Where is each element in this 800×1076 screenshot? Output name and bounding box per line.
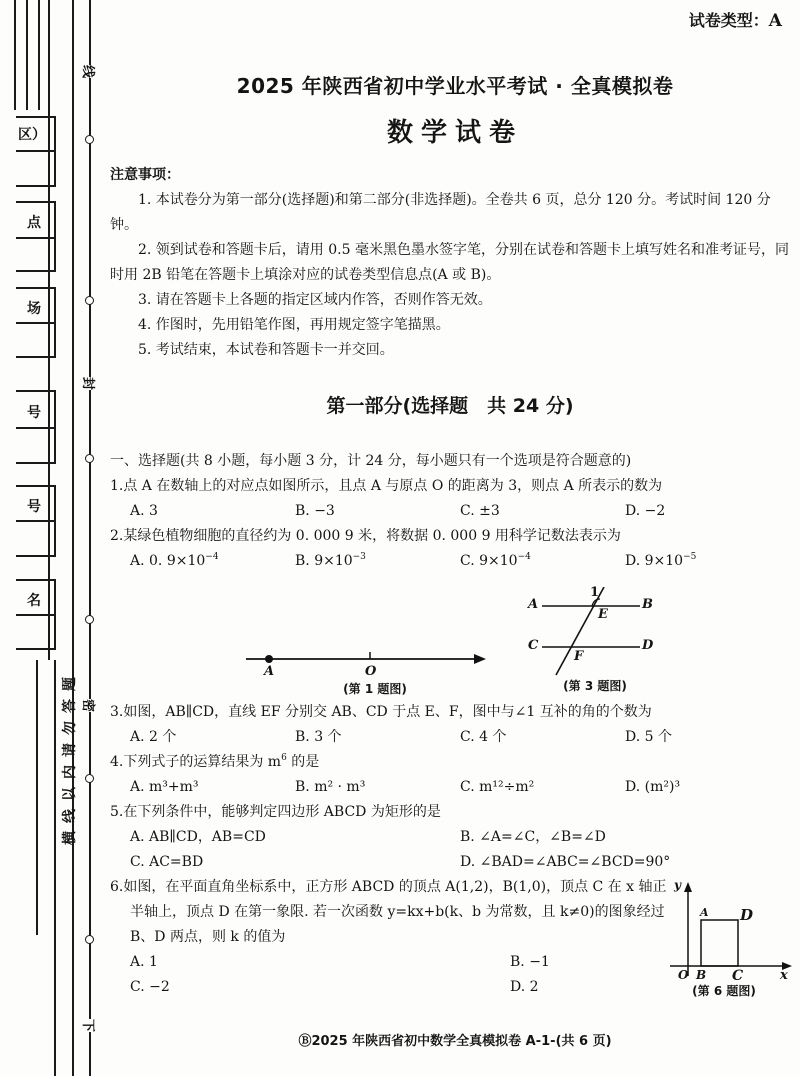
option-d[interactable]: D. 9×10−5 [625,549,790,574]
figure-q1-number-line: A O (第 1 题图) [240,640,490,698]
option-d[interactable]: D. 5 个 [625,725,790,750]
option-b[interactable]: B. −3 [295,499,460,524]
seal-char-below: 下 [78,1019,101,1032]
question-number: 2. [110,528,123,544]
options-q5-row1: A. AB∥CD，AB=CD B. ∠A=∠C，∠B=∠D [110,825,790,850]
warning-char: 线 [62,809,78,823]
subject-title: 数学试卷 [0,112,800,149]
angle-label-1: 1 [590,585,599,600]
coordinate-square-icon [666,880,796,980]
point-label-a: A [528,597,538,612]
question-number: 3. [110,704,123,720]
box-edge [16,322,56,324]
seal-circle [85,296,94,305]
figure-caption: (第 3 题图) [530,677,660,694]
margin-warning-text: 题 答 勿 请 内 以 线 横 [60,676,80,846]
axis-label-y: y [674,878,681,892]
paper-type-label: 试卷类型： [689,11,769,30]
option-c[interactable]: C. AC=BD [130,850,460,875]
margin-line [48,0,50,660]
note-item: 3. 请在答题卡上各题的指定区域内作答，否则作答无效。 [110,288,790,313]
margin-line [72,890,74,1076]
box-edge [16,390,56,392]
exponent: −4 [518,552,531,562]
option-a[interactable]: A. 2 个 [130,725,295,750]
box-edge [54,287,56,358]
warning-char: 内 [62,765,78,779]
option-d[interactable]: D. 2 [510,975,690,1000]
origin-label-o: O [678,968,688,982]
option-c[interactable]: C. 4 个 [460,725,625,750]
box-edge [16,287,56,289]
page-footer: Ⓑ2025 年陕西省初中数学全真模拟卷 A-1-(共 6 页) [110,1030,800,1049]
paper-type-value: A [769,11,782,31]
point-label-f: F [574,649,583,664]
seal-circle [85,935,94,944]
warning-char: 以 [62,787,78,801]
question-6: 6.如图，在平面直角坐标系中，正方形 ABCD 的顶点 A(1,2)，B(1,0… [110,875,670,950]
option-a[interactable]: A. 3 [130,499,295,524]
note-item: 4. 作图时，先用铅笔作图，再用规定签字笔描黑。 [110,313,790,338]
seal-char-seal: 封 [78,377,101,390]
box-edge [16,579,56,581]
option-text: A. 0. 9×10 [130,553,205,569]
question-2: 2.某绿色植物细胞的直径约为 0. 000 9 米，将数据 0. 000 9 用… [110,524,790,549]
box-edge [16,614,56,616]
warning-char: 答 [62,699,78,713]
option-b[interactable]: B. −1 [510,950,690,975]
box-label-exam-number: 号 [27,496,41,516]
option-a[interactable]: A. m³+m³ [130,775,295,800]
option-d[interactable]: D. ∠BAD=∠ABC=∠BCD=90° [460,850,790,875]
option-a[interactable]: A. AB∥CD，AB=CD [130,825,460,850]
exam-title: 2025 年陕西省初中学业水平考试 · 全真模拟卷 [0,70,800,99]
option-c[interactable]: C. 9×10−4 [460,549,625,574]
question-stem-suffix: 的是 [287,754,319,770]
question-3: 3.如图，AB∥CD，直线 EF 分别交 AB、CD 于点 E、F，图中与∠1 … [110,700,790,725]
question-1: 1.点 A 在数轴上的对应点如图所示，且点 A 与原点 O 的距离为 3，则点 … [110,474,790,499]
options-q1: A. 3 B. −3 C. ±3 D. −2 [110,499,790,524]
option-b[interactable]: B. ∠A=∠C，∠B=∠D [460,825,790,850]
warning-char: 横 [62,831,78,845]
box-edge [16,201,56,203]
option-c[interactable]: C. −2 [130,975,510,1000]
point-label-a: A [700,906,709,919]
point-label-b: B [642,597,653,612]
point-label-b: B [696,968,706,982]
box-edge [16,185,56,187]
option-d[interactable]: D. −2 [625,499,790,524]
option-a[interactable]: A. 1 [130,950,510,975]
note-item: 5. 考试结束，本试卷和答题卡一并交回。 [110,338,790,363]
questions-1-2: 一、选择题(共 8 小题，每小题 3 分，计 24 分，每小题只有一个选项是符合… [110,449,790,574]
box-edge [54,390,56,464]
box-edge [16,462,56,464]
section-heading: 一、选择题(共 8 小题，每小题 3 分，计 24 分，每小题只有一个选项是符合… [110,449,790,474]
question-number: 1. [110,478,123,494]
box-edge [16,237,56,239]
exponent: −3 [353,552,366,562]
options-q2: A. 0. 9×10−4 B. 9×10−3 C. 9×10−4 D. 9×10… [110,549,790,574]
warning-char: 题 [62,677,78,691]
question-number: 5. [110,804,123,820]
question-number: 4. [110,754,123,770]
options-q5-row2: C. AC=BD D. ∠BAD=∠ABC=∠BCD=90° [110,850,790,875]
point-label-o: O [365,664,376,679]
options-q3: A. 2 个 B. 3 个 C. 4 个 D. 5 个 [110,725,790,750]
point-label-a: A [264,664,274,679]
option-a[interactable]: A. 0. 9×10−4 [130,549,295,574]
note-item: 1. 本试卷分为第一部分(选择题)和第二部分(非选择题)。全卷共 6 页，总分 … [110,188,790,238]
margin-line [36,660,38,935]
option-b[interactable]: B. 9×10−3 [295,549,460,574]
option-text: B. 9×10 [295,553,353,569]
box-edge [54,485,56,557]
figure-q3-parallel-lines: 1 A B E C D F (第 3 题图) [520,587,670,695]
seal-circle [85,454,94,463]
box-edge [16,356,56,358]
option-text: C. 9×10 [460,553,518,569]
box-label-name: 名 [27,590,41,610]
binding-margin: 区） 点 场 号 号 名 线 封 密 下 题 答 勿 请 内 以 线 横 [0,0,110,1076]
box-label-exam-site: 点 [27,212,41,232]
point-label-d: D [740,906,753,924]
figure-caption: (第 1 题图) [310,680,440,697]
box-edge [16,270,56,272]
box-edge [16,555,56,557]
box-edge [54,201,56,272]
seal-char-secret: 密 [78,699,101,712]
axis-label-x: x [780,968,788,983]
box-edge [16,427,56,429]
box-edge [16,648,56,650]
notes-heading: 注意事项： [110,163,790,188]
point-label-d: D [642,638,653,653]
option-c[interactable]: C. ±3 [460,499,625,524]
part-title: 第一部分(选择题 共 24 分) [110,394,790,419]
warning-char: 请 [62,743,78,757]
option-b[interactable]: B. 3 个 [295,725,460,750]
question-stem: 点 A 在数轴上的对应点如图所示，且点 A 与原点 O 的距离为 3，则点 A … [123,478,662,494]
question-stem: 如图，在平面直角坐标系中，正方形 ABCD 的顶点 A(1,2)，B(1,0)，… [123,879,666,945]
box-label-exam-room: 场 [27,298,41,318]
option-text: D. 9×10 [625,553,683,569]
exponent: −5 [683,552,696,562]
box-edge [16,520,56,522]
option-b[interactable]: B. m² · m³ [295,775,460,800]
figure-q6-coordinate-square: y A D O B C x (第 6 题图) [666,880,796,998]
question-stem: 如图，AB∥CD，直线 EF 分别交 AB、CD 于点 E、F，图中与∠1 互补… [123,704,651,720]
warning-char: 勿 [62,721,78,735]
seal-circle [85,615,94,624]
margin-line [54,660,56,1076]
question-stem: 下列式子的运算结果为 m [123,754,281,770]
note-item: 2. 领到试卷和答题卡后，请用 0.5 毫米黑色墨水签字笔，分别在试卷和答题卡上… [110,238,790,288]
paper-type: 试卷类型：A [689,8,782,31]
question-number: 6. [110,879,123,895]
box-edge [54,579,56,650]
notes-section: 注意事项： 1. 本试卷分为第一部分(选择题)和第二部分(非选择题)。全卷共 6… [110,163,790,363]
box-label-seat-number: 号 [27,402,41,422]
exponent: −4 [205,552,218,562]
options-q4: A. m³+m³ B. m² · m³ C. m¹²÷m² D. (m²)³ [110,775,790,800]
point-label-e: E [598,607,608,622]
figure-caption: (第 6 题图) [674,982,774,999]
question-5: 5.在下列条件中，能够判定四边形 ABCD 为矩形的是 [110,800,790,825]
question-4: 4.下列式子的运算结果为 m6 的是 [110,750,790,775]
seal-line [89,0,91,1076]
option-c[interactable]: C. m¹²÷m² [460,775,625,800]
question-stem: 某绿色植物细胞的直径约为 0. 000 9 米，将数据 0. 000 9 用科学… [123,528,621,544]
seal-circle [85,774,94,783]
point-label-c: C [528,638,538,653]
box-edge [16,150,56,152]
box-edge [16,485,56,487]
question-stem: 在下列条件中，能够判定四边形 ABCD 为矩形的是 [123,804,441,820]
option-d[interactable]: D. (m²)³ [625,775,790,800]
